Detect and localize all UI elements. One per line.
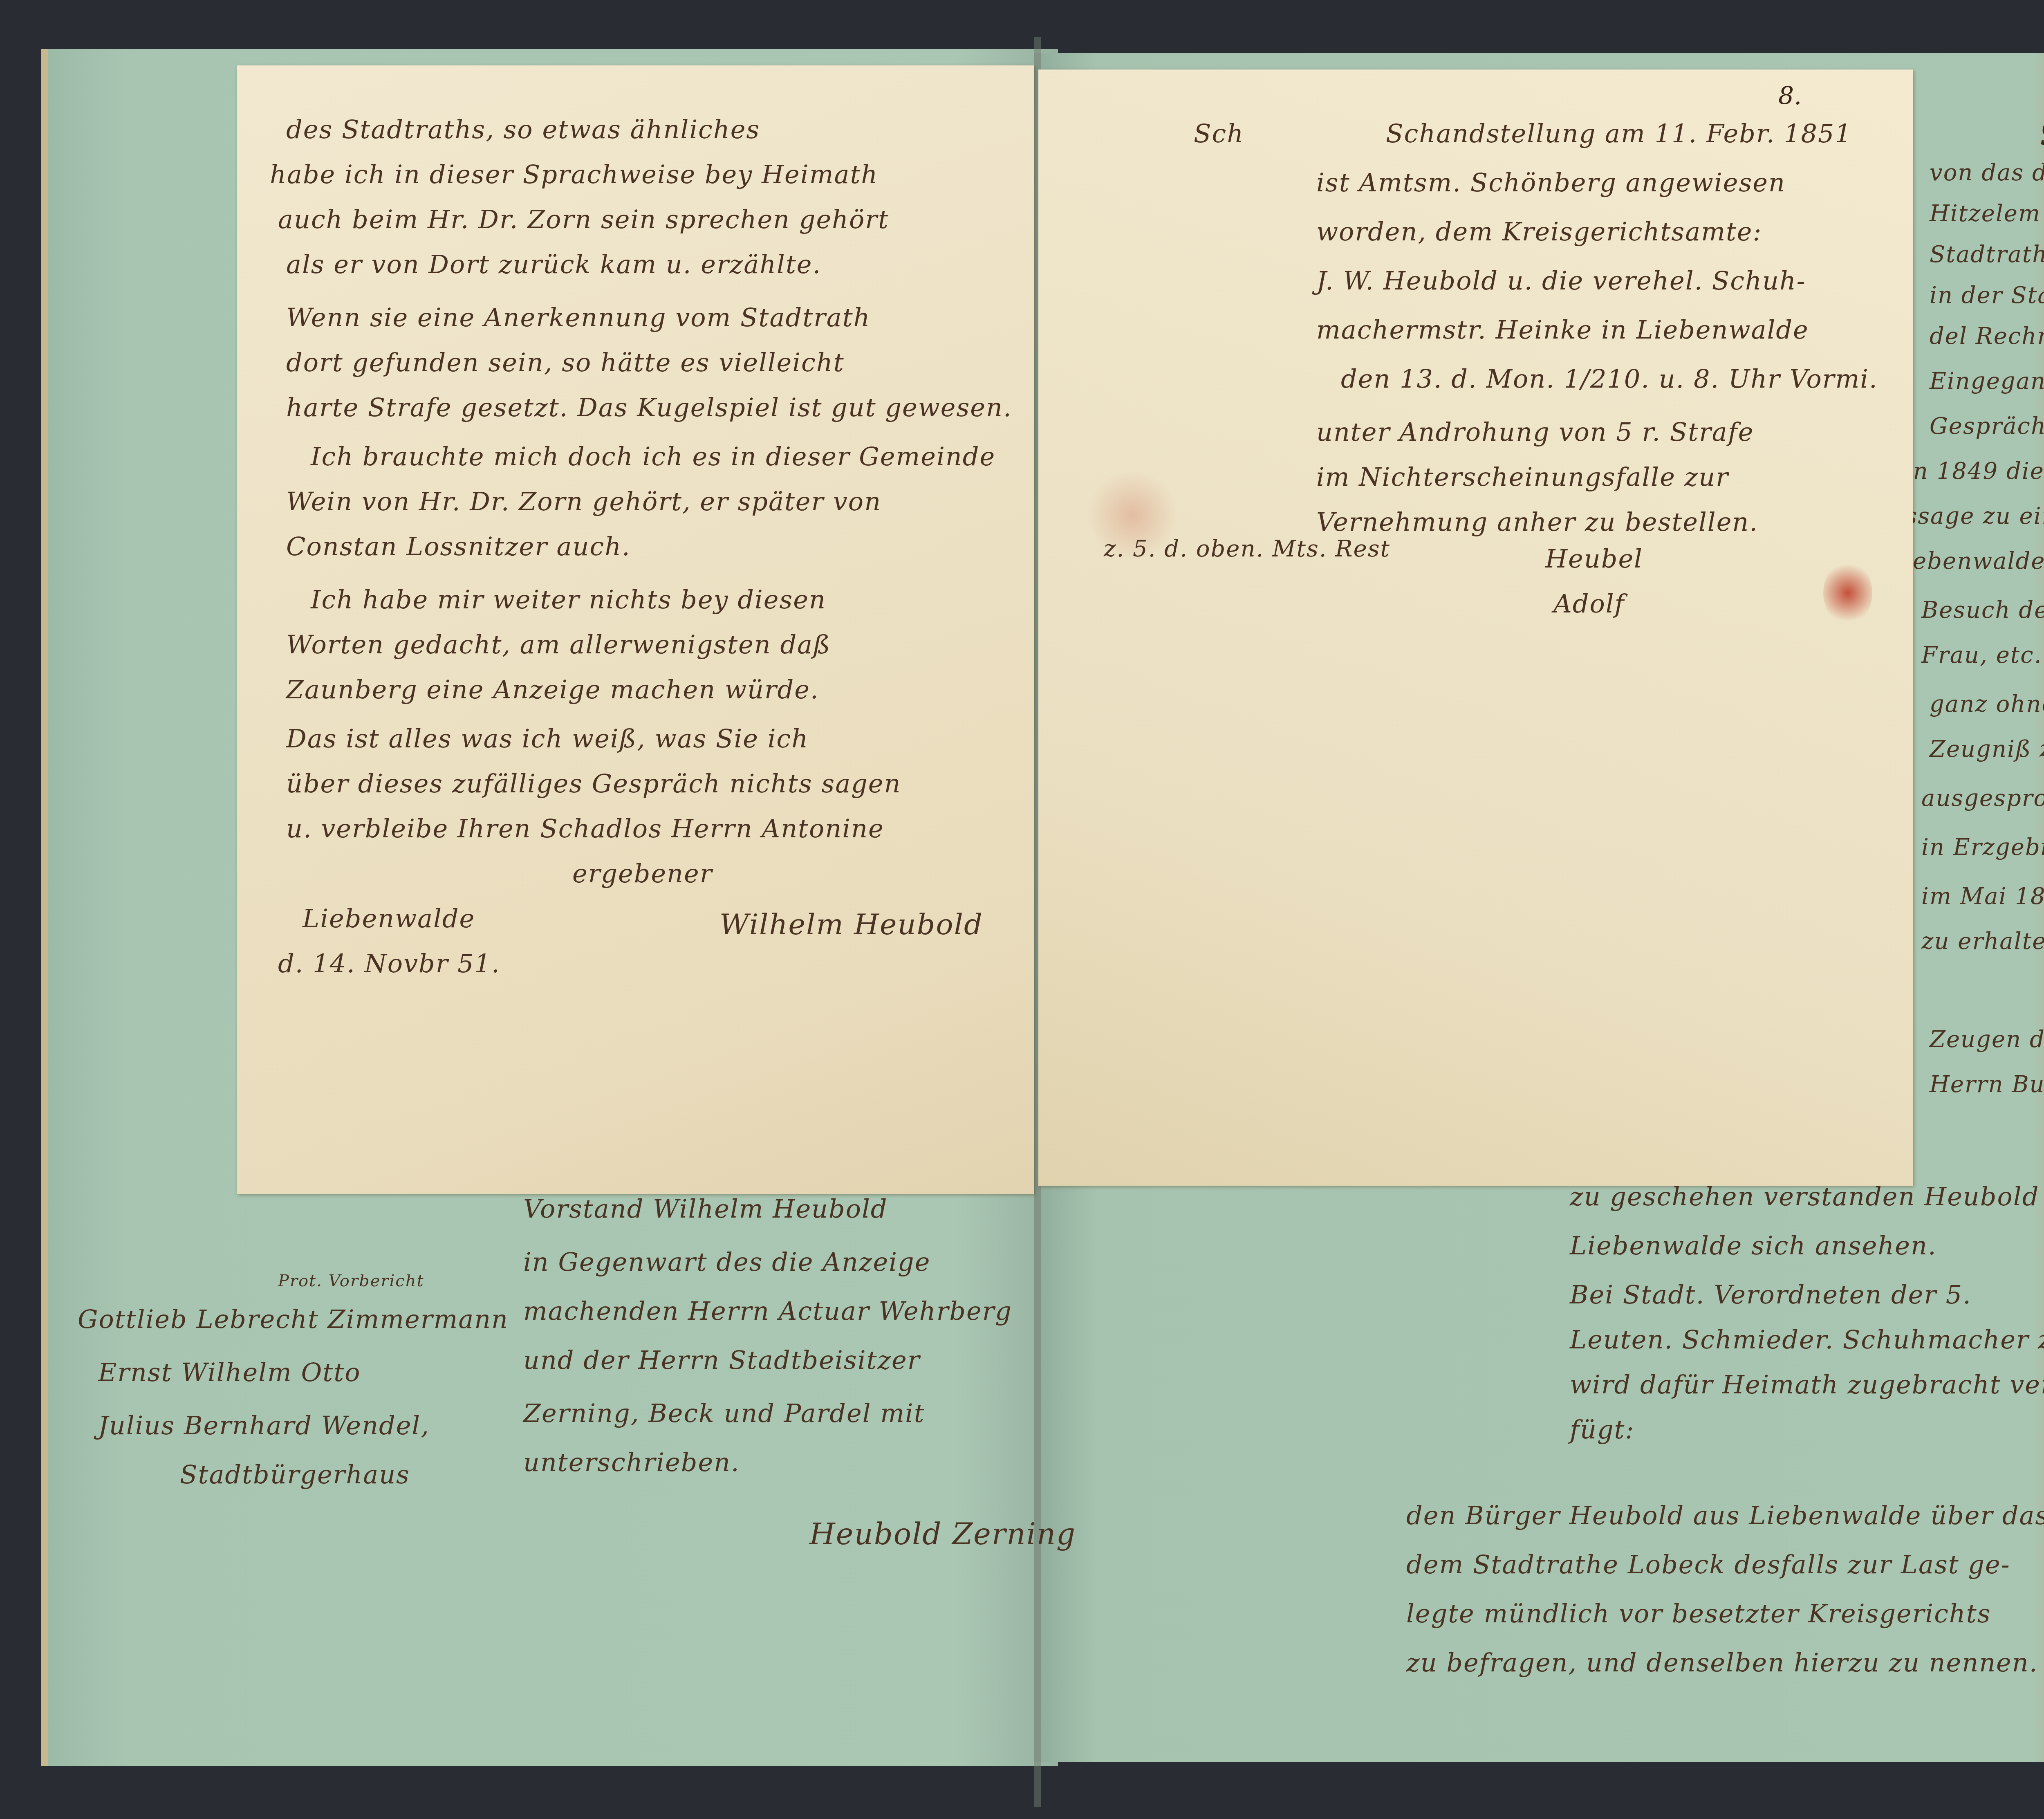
body-line: und der Herrn Stadtbeisitzer bbox=[523, 1345, 920, 1375]
margin-line: ausgesprochen bbox=[1921, 785, 2044, 812]
page-number-8: 8. bbox=[1778, 82, 1802, 110]
letter-line: Das ist alles was ich weiß, was Sie ich bbox=[286, 724, 809, 754]
letter-signature-2: Adolf bbox=[1553, 589, 1625, 619]
letter-line: den 13. d. Mon. 1/210. u. 8. Uhr Vormi. bbox=[1341, 364, 1878, 394]
margin-line: in Erzgebirge bbox=[1921, 834, 2044, 861]
body-line: Liebenwalde sich ansehen. bbox=[1570, 1231, 1937, 1261]
body-line: zu geschehen verstanden Heubold aus bbox=[1570, 1182, 2044, 1211]
letter-line: J. W. Heubold u. die verehel. Schuh- bbox=[1316, 266, 1806, 296]
body-line: unterschrieben. bbox=[523, 1447, 740, 1477]
letter-date: d. 14. Novbr 51. bbox=[278, 949, 500, 978]
margin-line: Frau, etc. bbox=[1921, 642, 2042, 668]
letter-line: auch beim Hr. Dr. Zorn sein sprechen geh… bbox=[278, 204, 889, 234]
letter-place: Liebenwalde bbox=[303, 904, 475, 933]
letter-line: Worten gedacht, am allerwenigsten daß bbox=[286, 630, 831, 659]
body-line: fügt: bbox=[1570, 1415, 1634, 1444]
body-line: wird dafür Heimath zugebracht ver- bbox=[1570, 1370, 2044, 1400]
letter-line: ist Amtsm. Schönberg angewiesen bbox=[1316, 168, 1786, 197]
margin-mark: Sch bbox=[1194, 119, 1244, 148]
margin-line: zu erhalten, bbox=[1921, 928, 2044, 955]
letter-line: Wenn sie eine Anerkennung vom Stadtrath bbox=[286, 303, 871, 332]
margin-line: von das d. bbox=[1930, 159, 2044, 186]
letter-line: Constan Lossnitzer auch. bbox=[286, 532, 631, 561]
margin-line: del Rechnung bbox=[1930, 323, 2044, 350]
letter-line: Vernehmung anher zu bestellen. bbox=[1316, 507, 1758, 537]
margin-line: im Mai 1849 bbox=[1921, 883, 2044, 910]
letter-signature: Heubel bbox=[1545, 544, 1643, 574]
margin-line: Zeugniß zu bbox=[1930, 736, 2044, 763]
bound-volume: 9. von das d. Hitzelem Lenne Stadtrath m… bbox=[25, 37, 2044, 1807]
body-line: Bei Stadt. Verordneten der 5. bbox=[1570, 1280, 1972, 1310]
letter-line: machermstr. Heinke in Liebenwalde bbox=[1316, 315, 1809, 345]
letter-line: habe ich in dieser Sprachweise bey Heima… bbox=[270, 159, 878, 189]
letter-line: unter Androhung von 5 r. Strafe bbox=[1316, 417, 1754, 447]
margin-line: ganz ohne bbox=[1930, 691, 2044, 718]
margin-note-line: Ernst Wilhelm Otto bbox=[98, 1357, 361, 1387]
letter-line: Zaunberg eine Anzeige machen würde. bbox=[286, 675, 819, 704]
margin-line: Stadtrath mit bbox=[1930, 241, 2044, 268]
body-line: Vorstand Wilhelm Heubold bbox=[523, 1194, 888, 1224]
body-line: machenden Herrn Actuar Wehrberg bbox=[523, 1296, 1012, 1326]
letter-line: Ich habe mir weiter nichts bey diesen bbox=[311, 585, 826, 615]
signature: Heubold Zerning bbox=[809, 1517, 1076, 1551]
margin-line: Hitzelem Lenne bbox=[1930, 200, 2044, 227]
letter-line: Wein von Hr. Dr. Zorn gehört, er später … bbox=[286, 487, 881, 516]
letter-line: u. verbleibe Ihren Schadlos Herrn Antoni… bbox=[286, 814, 884, 843]
margin-note-line: Julius Bernhard Wendel, bbox=[98, 1411, 430, 1440]
body-line: den Bürger Heubold aus Liebenwalde über … bbox=[1406, 1501, 2044, 1530]
margin-note-line: Stadtbürgerhaus bbox=[180, 1460, 410, 1489]
letter-closing: ergebener bbox=[572, 859, 713, 888]
margin-line: in der Stadtra- bbox=[1930, 282, 2044, 309]
letter-line: als er von Dort zurück kam u. erzählte. bbox=[286, 249, 821, 279]
margin-line: Gesprächszeit, bbox=[1930, 413, 2044, 440]
body-line: Leuten. Schmieder. Schuhmacher zu Lieben… bbox=[1570, 1325, 2044, 1355]
annotation: z. 5. d. oben. Mts. Rest bbox=[1104, 536, 1390, 562]
letter-line: harte Strafe gesetzt. Das Kugelspiel ist… bbox=[286, 393, 1012, 422]
letter-line: des Stadtraths, so etwas ähnliches bbox=[286, 114, 760, 144]
margin-line: Eingegangene bbox=[1930, 368, 2044, 395]
letter-line: über dieses zufälliges Gespräch nichts s… bbox=[286, 769, 901, 798]
margin-note-line: Gottlieb Lebrecht Zimmermann bbox=[78, 1304, 509, 1334]
body-line: zu befragen, und denselben hierzu zu nen… bbox=[1406, 1648, 2038, 1678]
letter-line: Ich brauchte mich doch ich es in dieser … bbox=[311, 442, 995, 471]
body-line: legte mündlich vor besetzter Kreisgerich… bbox=[1406, 1599, 1991, 1628]
margin-line: Zeugen des bbox=[1930, 1026, 2044, 1053]
letter-line: im Nichterscheinungsfalle zur bbox=[1316, 462, 1729, 492]
letter-line: Schandstellung am 11. Febr. 1851 bbox=[1386, 119, 1852, 148]
letter-line: dort gefunden sein, so hätte es vielleic… bbox=[286, 348, 845, 377]
body-line: in Gegenwart des die Anzeige bbox=[523, 1247, 930, 1277]
page-number-9: 9. bbox=[2040, 114, 2044, 153]
red-stain bbox=[1823, 560, 1872, 626]
margin-note-header: Prot. Vorbericht bbox=[278, 1272, 424, 1290]
margin-line: Besuch dessen bbox=[1921, 597, 2044, 624]
letter-line: worden, dem Kreisgerichtsamte: bbox=[1316, 217, 1762, 247]
body-line: dem Stadtrathe Lobeck desfalls zur Last … bbox=[1406, 1550, 2010, 1579]
margin-line: Herrn Burgermeister bbox=[1930, 1071, 2044, 1098]
body-line: Zerning, Beck und Pardel mit bbox=[523, 1398, 925, 1428]
letter-signature: Wilhelm Heubold bbox=[719, 908, 983, 941]
